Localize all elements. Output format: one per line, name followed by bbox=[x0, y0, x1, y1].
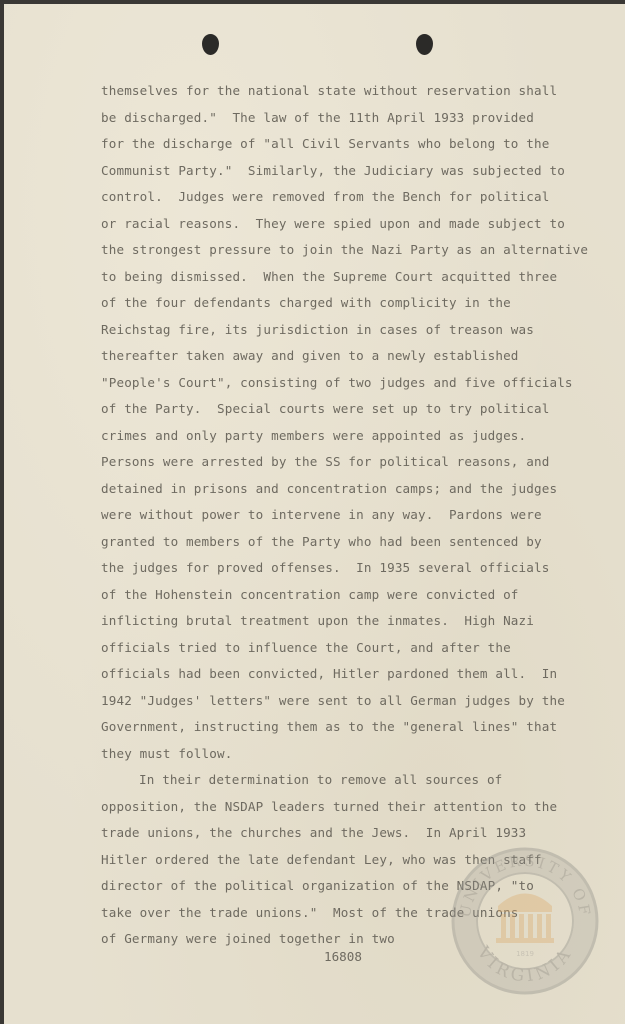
document-page: themselves for the national state withou… bbox=[4, 4, 625, 1024]
university-seal-icon: UNIVERSITY OF VIRGINIA 1819 bbox=[450, 846, 600, 996]
text-line: granted to members of the Party who had … bbox=[101, 532, 601, 559]
text-line: the strongest pressure to join the Nazi … bbox=[101, 240, 601, 267]
text-line: thereafter taken away and given to a new… bbox=[101, 346, 601, 373]
text-line: inflicting brutal treatment upon the inm… bbox=[101, 611, 601, 638]
text-line: of the four defendants charged with comp… bbox=[101, 293, 601, 320]
page-number: 16808 bbox=[324, 949, 362, 964]
text-line: be discharged." The law of the 11th Apri… bbox=[101, 108, 601, 135]
svg-text:1819: 1819 bbox=[516, 950, 534, 958]
text-line: "People's Court", consisting of two judg… bbox=[101, 373, 601, 400]
text-line: or racial reasons. They were spied upon … bbox=[101, 214, 601, 241]
text-line: of the Party. Special courts were set up… bbox=[101, 399, 601, 426]
text-line: of the Hohenstein concentration camp wer… bbox=[101, 585, 601, 612]
punch-hole-right bbox=[416, 34, 433, 55]
text-line: the judges for proved offenses. In 1935 … bbox=[101, 558, 601, 585]
typewritten-text: themselves for the national state withou… bbox=[101, 81, 601, 956]
text-line: were without power to intervene in any w… bbox=[101, 505, 601, 532]
text-line: Reichstag fire, its jurisdiction in case… bbox=[101, 320, 601, 347]
paragraph-start-line: In their determination to remove all sou… bbox=[101, 770, 601, 797]
text-line: to being dismissed. When the Supreme Cou… bbox=[101, 267, 601, 294]
punch-hole-left bbox=[202, 34, 219, 55]
text-line: crimes and only party members were appoi… bbox=[101, 426, 601, 453]
text-line: control. Judges were removed from the Be… bbox=[101, 187, 601, 214]
text-line: Communist Party." Similarly, the Judicia… bbox=[101, 161, 601, 188]
text-line: Persons were arrested by the SS for poli… bbox=[101, 452, 601, 479]
text-line: officials had been convicted, Hitler par… bbox=[101, 664, 601, 691]
text-line: for the discharge of "all Civil Servants… bbox=[101, 134, 601, 161]
text-line: 1942 "Judges' letters" were sent to all … bbox=[101, 691, 601, 718]
text-line: detained in prisons and concentration ca… bbox=[101, 479, 601, 506]
text-line: opposition, the NSDAP leaders turned the… bbox=[101, 797, 601, 824]
text-line: themselves for the national state withou… bbox=[101, 81, 601, 108]
text-line: they must follow. bbox=[101, 744, 601, 771]
text-line: officials tried to influence the Court, … bbox=[101, 638, 601, 665]
text-line: Government, instructing them as to the "… bbox=[101, 717, 601, 744]
